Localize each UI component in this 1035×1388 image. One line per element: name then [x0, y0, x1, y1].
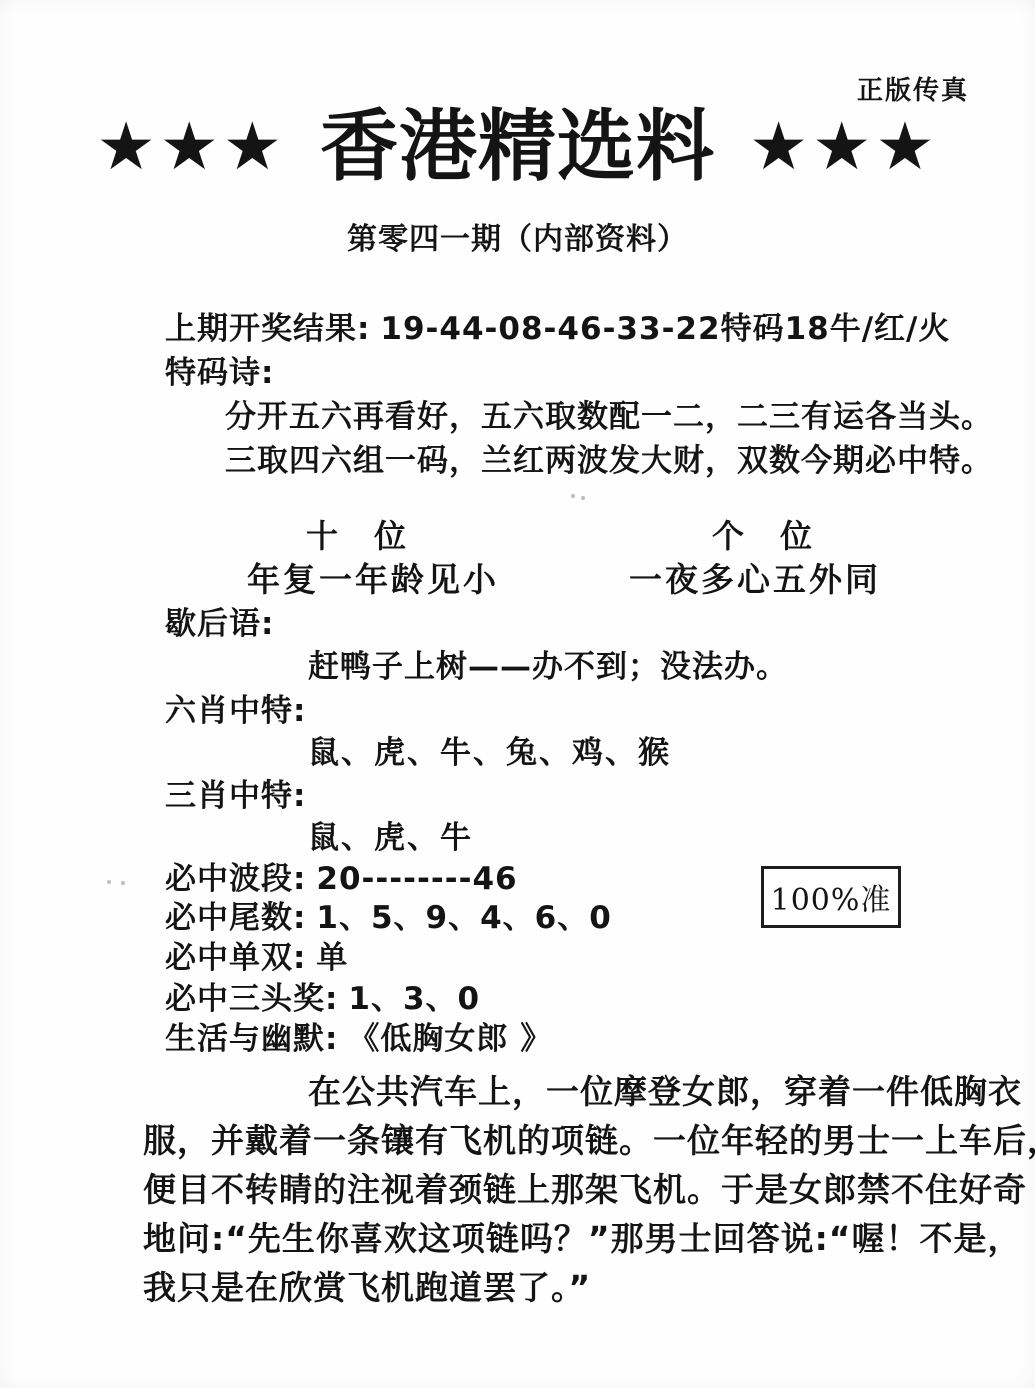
units-position-header: 个 位: [712, 518, 814, 555]
stars-right-icon: ★★★: [749, 114, 939, 180]
story-line-5: 我只是在欣赏飞机跑道罢了。”: [143, 1262, 591, 1309]
special-poem-line-2: 三取四六组一码，兰红两波发大财，双数今期必中特。: [225, 444, 993, 480]
previous-result-label: 上期开奖结果:: [165, 312, 370, 348]
three-zodiac-label: 三肖中特:: [165, 779, 306, 815]
story-line-4: 地问:“先生你喜欢这项链吗？”那男士回答说:“喔！不是，: [143, 1213, 1021, 1260]
accuracy-badge: 100%准: [761, 866, 901, 928]
odd-even-value: 单: [316, 941, 348, 977]
tail-numbers-label: 必中尾数:: [165, 901, 306, 937]
fax-document-page: 正版传真 ★★★ 香港精选料 ★★★ 第零四一期（内部资料） 上期开奖结果: 1…: [0, 0, 1035, 1388]
xiehouyu-label: 歇后语:: [165, 607, 274, 643]
scan-artifact-dot: [121, 881, 125, 885]
scan-artifact-dot: [581, 496, 585, 500]
six-zodiac-label: 六肖中特:: [165, 694, 306, 730]
prediction-row-three-heads: 必中三头奖: 1、3、0: [165, 982, 480, 1018]
wave-band-value: 20--------46: [316, 862, 517, 898]
stars-left-icon: ★★★: [96, 114, 286, 180]
story-line-1: 在公共汽车上，一位摩登女郎，穿着一件低胸衣: [308, 1066, 1022, 1113]
odd-even-label: 必中单双:: [165, 941, 306, 977]
prediction-row-life-humor: 生活与幽默: 《低胸女郎 》: [165, 1022, 552, 1058]
scan-artifact-dot: [107, 880, 111, 884]
prediction-row-odd-even: 必中单双: 单: [165, 941, 348, 977]
page-title: 香港精选料: [320, 108, 715, 186]
story-line-3: 便目不转睛的注视着颈链上那架飞机。于是女郎禁不住好奇: [143, 1164, 1027, 1211]
tail-numbers-value: 1、5、9、4、6、0: [316, 901, 611, 937]
xiehouyu-line: 赶鸭子上树——办不到；没法办。: [308, 650, 788, 686]
units-position-phrase: 一夜多心五外同: [629, 561, 881, 599]
tens-position-header: 十 位: [306, 518, 408, 555]
six-zodiac-value: 鼠、虎、牛、兔、鸡、猴: [308, 736, 671, 772]
issue-subtitle: 第零四一期（内部资料）: [0, 214, 1035, 258]
story-line-2: 服，并戴着一条镶有飞机的项链。一位年轻的男士一上车后，: [143, 1115, 1035, 1162]
previous-result-line: 上期开奖结果: 19-44-08-46-33-22特码18牛/红/火: [165, 312, 950, 348]
wave-band-label: 必中波段:: [165, 862, 306, 898]
tens-position-phrase: 年复一年龄见小: [247, 561, 499, 599]
prediction-row-tail-numbers: 必中尾数: 1、5、9、4、6、0: [165, 901, 612, 937]
title-row: ★★★ 香港精选料 ★★★: [0, 92, 1035, 202]
special-poem-label: 特码诗:: [165, 356, 274, 392]
life-humor-value: 《低胸女郎 》: [348, 1022, 552, 1058]
three-heads-value: 1、3、0: [348, 982, 480, 1018]
three-zodiac-value: 鼠、虎、牛: [308, 821, 473, 857]
three-heads-label: 必中三头奖:: [165, 982, 338, 1018]
prediction-row-wave-band: 必中波段: 20--------46: [165, 862, 518, 898]
special-poem-line-1: 分开五六再看好，五六取数配一二，二三有运各当头。: [225, 400, 993, 436]
previous-result-value: 19-44-08-46-33-22特码18牛/红/火: [380, 312, 950, 348]
life-humor-label: 生活与幽默:: [165, 1022, 338, 1058]
scan-artifact-dot: [571, 494, 575, 498]
